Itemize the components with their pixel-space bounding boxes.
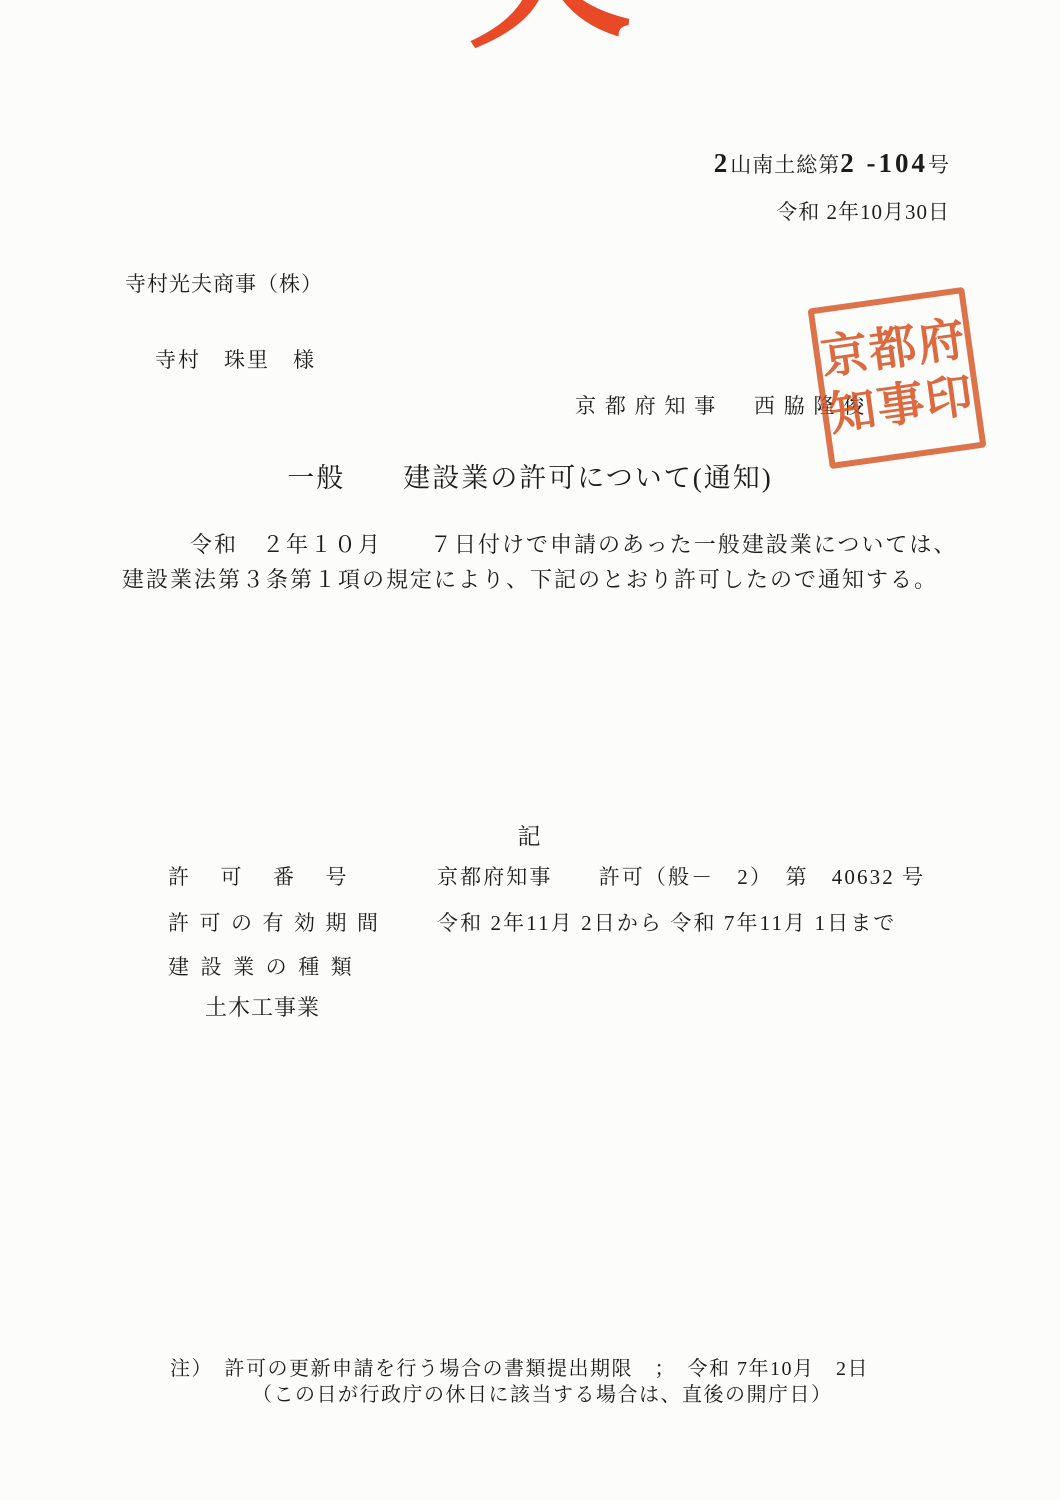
reference-number: 2山南土総第2 -104号 [714,148,950,179]
body-text-line-2: 建設業法第３条第１項の規定により、下記のとおり許可したので通知する。 [122,563,938,594]
reference-office: 山南土総第 [730,153,840,177]
note-line-2: （この日が行政庁の休日に該当する場合は、直後の開庁日） [252,1378,833,1407]
reference-block: 2山南土総第2 -104号 令和 2年10月30日 [714,148,950,226]
permit-number-value: 京都府知事 許可（般－ 2） 第 40632 号 [437,861,925,891]
business-type-label: 建設業の種類 [168,951,363,981]
reference-year-digit: 2 [714,148,731,178]
reference-suffix: 号 [928,153,950,177]
document-title: 一般 建設業の許可について(通知) [0,456,1060,495]
reference-serial: 2 -104 [840,148,928,178]
body-text-line-1: 令和 ２年１０月 ７日付けで申請のあった一般建設業については、 [190,528,957,559]
note-line-1: 注） 許可の更新申請を行う場合の書類提出期限 ； 令和 7年10月 2日 [170,1352,869,1381]
recipient-company: 寺村光夫商事（株） [125,268,323,298]
validity-period-label: 許可の有効期間 [168,907,389,937]
recipient-person: 寺村 珠里 様 [155,344,316,374]
governor-seal: 京 知 都 事 府 印 [807,287,986,469]
record-heading: 記 [0,818,1060,851]
business-type-value: 土木工事業 [205,991,320,1022]
issue-date: 令和 2年10月30日 [714,196,950,226]
validity-period-value: 令和 2年11月 2日から 令和 7年11月 1日まで [437,907,896,937]
stamp-glyph: 失 [455,0,634,60]
document-sheet: 失 2山南土総第2 -104号 令和 2年10月30日 寺村光夫商事（株） 寺村… [0,0,1060,1500]
permit-number-label: 許可番号 [168,861,378,891]
top-partial-stamp: 失 [450,0,640,60]
